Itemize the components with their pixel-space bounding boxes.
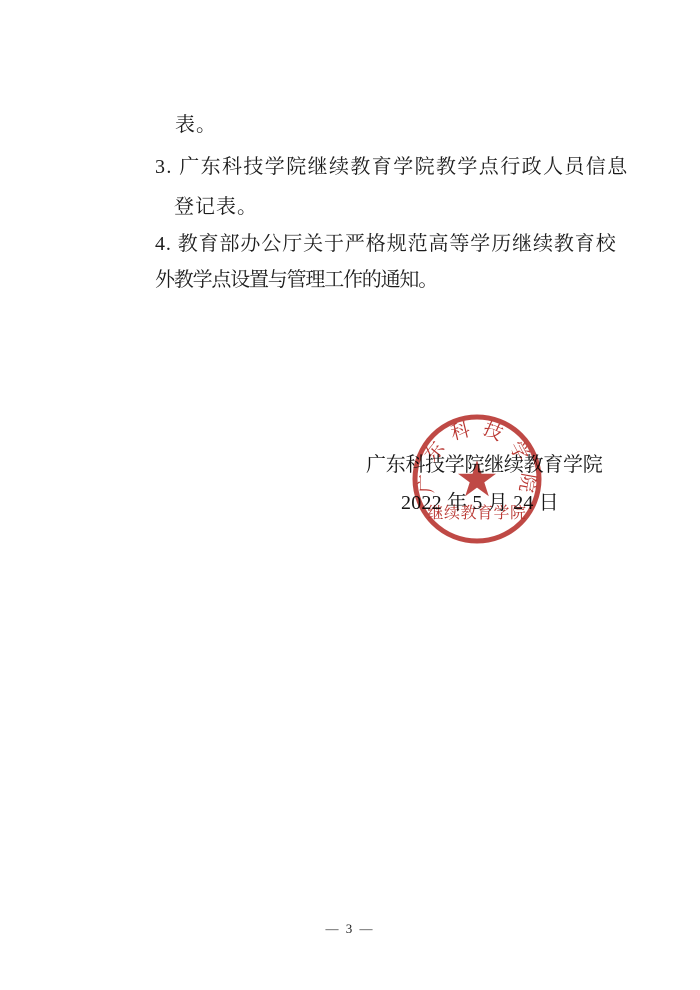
seal-ring: [415, 417, 539, 541]
document-page: 表。 3. 广东科技学院继续教育学院教学点行政人员信息 登记表。 4. 教育部办…: [0, 0, 700, 990]
list-item-4-continuation: 外教学点设置与管理工作的通知。: [155, 268, 437, 292]
list-item-4: 4. 教育部办公厅关于严格规范高等学历继续教育校: [155, 232, 617, 256]
signature-date: 2022 年 5 月 24 日: [401, 486, 559, 515]
list-item-3: 3. 广东科技学院继续教育学院教学点行政人员信息: [155, 155, 629, 179]
signature-organization: 广东科技学院继续教育学院: [366, 448, 602, 477]
page-number: — 3 —: [0, 921, 700, 937]
list-item-3-continuation: 登记表。: [174, 195, 258, 219]
body-line-continuation: 表。: [175, 113, 217, 137]
official-seal: 广东科技学院 继续教育学院: [397, 399, 557, 559]
